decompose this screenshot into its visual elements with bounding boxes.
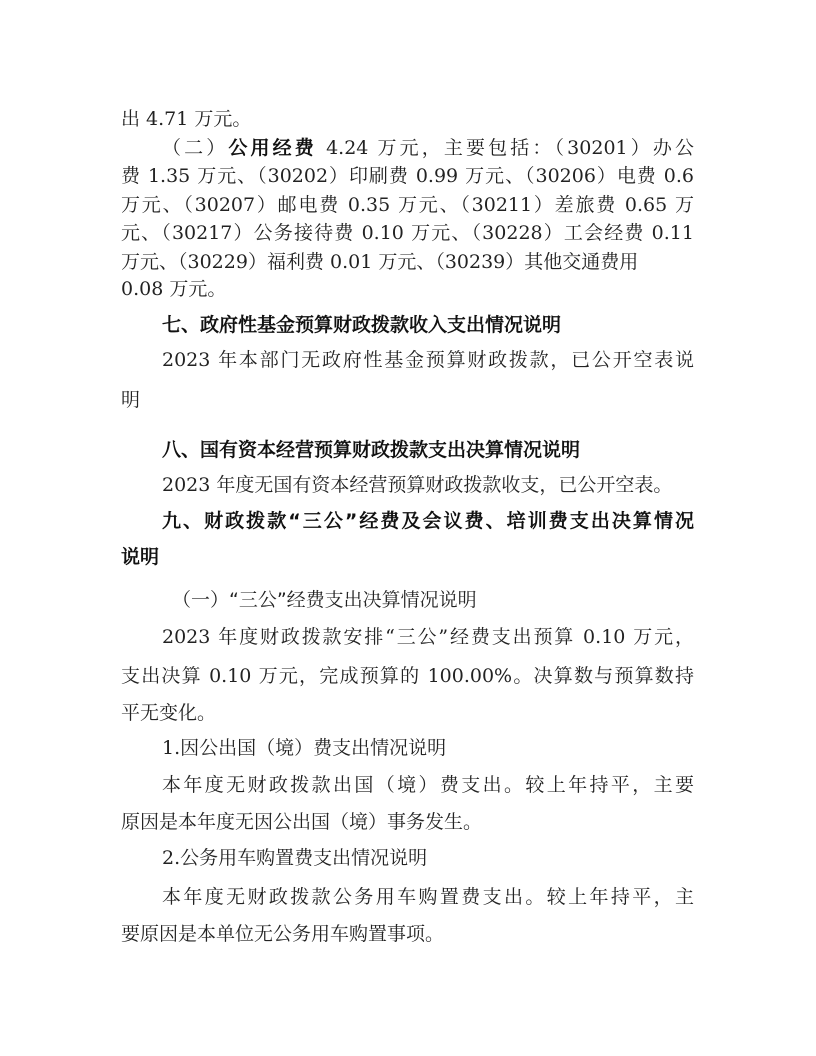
paragraph-line: 本年度无财政拨款出国（境）费支出。较上年持平，主要 — [162, 772, 694, 798]
paragraph-line: 万元、（30207）邮电费 0.35 万元、（30211）差旅费 0.65 万 — [121, 192, 694, 218]
paragraph-text: 4.24 万元，主要包括：（30201）办公 — [317, 137, 694, 159]
section-heading-8: 八、国有资本经营预算财政拨款支出决算情况说明 — [162, 437, 694, 463]
bold-term-public-funds: 公用经费 — [228, 137, 317, 159]
paragraph-line: 0.08 万元。 — [121, 276, 694, 302]
paragraph-line-public-funds: （二）公用经费 4.24 万元，主要包括：（30201）办公 — [162, 135, 694, 161]
paragraph-line: 明 — [121, 387, 694, 413]
paragraph-line: 2023 年度无国有资本经营预算财政拨款收支，已公开空表。 — [162, 472, 694, 498]
subsection-heading-vehicle: 2.公务用车购置费支出情况说明 — [162, 845, 694, 871]
paragraph-line: 2023 年本部门无政府性基金预算财政拨款，已公开空表说 — [162, 347, 694, 373]
paragraph-line: 费 1.35 万元、（30202）印刷费 0.99 万元、（30206）电费 0… — [121, 163, 694, 189]
paragraph-line: 元、（30217）公务接待费 0.10 万元、（30228）工会经费 0.11 — [121, 220, 694, 246]
document-page: 出 4.71 万元。 （二）公用经费 4.24 万元，主要包括：（30201）办… — [0, 0, 816, 1056]
paragraph-line: 本年度无财政拨款公务用车购置费支出。较上年持平，主 — [162, 884, 694, 910]
subsection-heading-overseas: 1.因公出国（境）费支出情况说明 — [162, 735, 694, 761]
paragraph-line: 2023 年度财政拨款安排“三公”经费支出预算 0.10 万元， — [162, 624, 694, 650]
paragraph-line: 支出决算 0.10 万元，完成预算的 100.00%。决算数与预算数持 — [121, 663, 694, 689]
section-heading-9: 九、财政拨款“三公”经费及会议费、培训费支出决算情况 — [162, 508, 694, 534]
section-heading-7: 七、政府性基金预算财政拨款收入支出情况说明 — [162, 312, 694, 338]
paragraph-line: 要原因是本单位无公务用车购置事项。 — [121, 921, 694, 947]
section-heading-9-cont: 说明 — [121, 544, 694, 570]
paragraph-line: 原因是本年度无因公出国（境）事务发生。 — [121, 809, 694, 835]
item-number: （二） — [162, 137, 228, 159]
paragraph-line: 平无变化。 — [121, 700, 694, 726]
subsection-heading-three-public: （一）“三公”经费支出决算情况说明 — [172, 587, 694, 613]
paragraph-line: 出 4.71 万元。 — [121, 106, 694, 132]
paragraph-line: 万元、（30229）福利费 0.01 万元、（30239）其他交通费用 — [121, 249, 681, 275]
